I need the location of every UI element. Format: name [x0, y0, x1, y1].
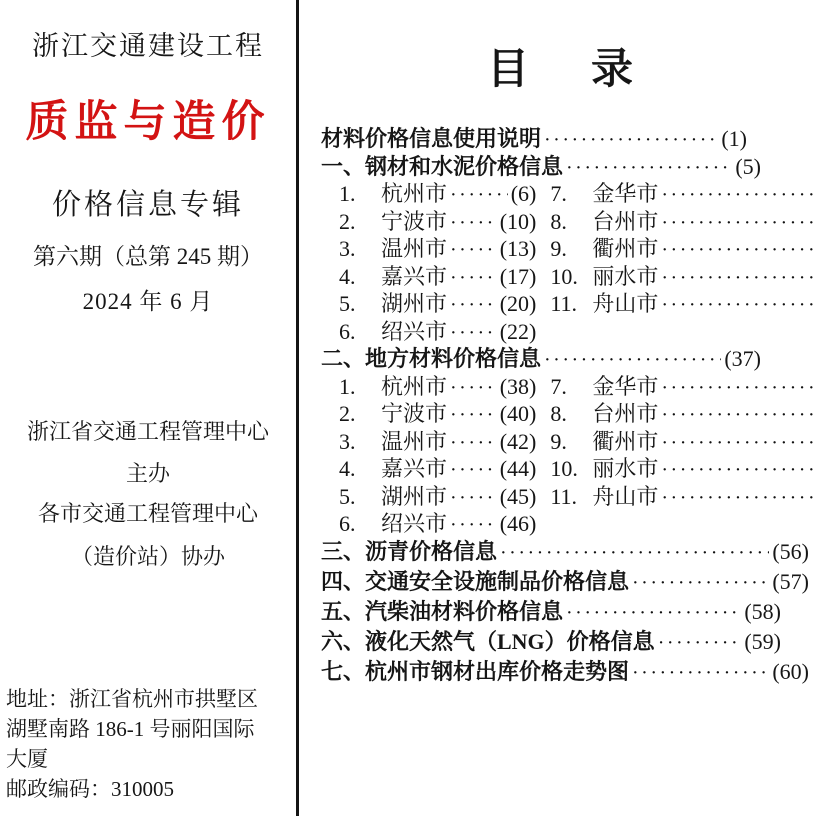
dot-leader: ········································…: [661, 294, 817, 317]
city-index: 5.: [339, 291, 381, 317]
toc-city-row: 3. 温州市 ·································…: [321, 232, 809, 260]
toc-page-number: (59): [744, 629, 781, 655]
toc-city-entry: 6. 绍兴市 ·································…: [321, 507, 550, 538]
dot-leader: ········································…: [500, 542, 769, 565]
city-index: 5.: [339, 484, 381, 510]
city-index: 9.: [550, 236, 592, 262]
toc-city-row: 3. 温州市 ·································…: [321, 425, 809, 453]
toc-page-number: (44): [500, 456, 537, 482]
host-organization: 浙江省交通工程管理中心: [0, 415, 296, 446]
toc-page-number: (57): [772, 569, 809, 595]
toc-page-number: (22): [500, 319, 537, 345]
table-of-contents-panel: 目 录 材料价格信息使用说明 ·························…: [299, 0, 817, 816]
city-index: 2.: [339, 401, 381, 427]
toc-city-row: 4. 嘉兴市 ·································…: [321, 452, 809, 480]
toc-city-entry: 11. 舟山市 ································…: [550, 480, 817, 511]
co-organization: 各市交通工程管理中心: [0, 497, 296, 528]
toc-entry-section-2: 二、地方材料价格信息 ·····························…: [321, 342, 761, 370]
toc-city-entry: 8. 台州市 ·································…: [550, 205, 817, 236]
city-index: 11.: [550, 291, 592, 317]
toc-entry-label: 五、汽柴油材料价格信息: [321, 595, 563, 626]
publication-org-title: 浙江交通建设工程: [0, 24, 296, 63]
toc-city-entry: 5. 湖州市 ·································…: [321, 480, 550, 511]
toc-page-number: (46): [500, 511, 537, 537]
toc-city-entry: 1. 杭州市 ·································…: [321, 370, 550, 401]
city-name: 湖州市: [381, 287, 447, 318]
cover-left-panel: 浙江交通建设工程 质监与造价 价格信息专辑 第六期（总第 245 期） 2024…: [0, 0, 296, 816]
toc-entry-section-4: 四、交通安全设施制品价格信息 ·························…: [321, 565, 809, 595]
toc-city-row: 2. 宁波市 ·································…: [321, 205, 809, 233]
city-index: 10.: [550, 264, 592, 290]
city-index: 7.: [550, 181, 592, 207]
toc-city-entry: 6. 绍兴市 ·································…: [321, 315, 550, 346]
toc-entry-label: 二、地方材料价格信息: [321, 342, 541, 373]
toc-city-entry: 4. 嘉兴市 ·································…: [321, 452, 550, 483]
city-index: 8.: [550, 401, 592, 427]
issue-number: 第六期（总第 245 期）: [0, 238, 296, 271]
masthead-title: 质监与造价: [0, 88, 296, 149]
toc-city-entry: 2. 宁波市 ·································…: [321, 397, 550, 428]
toc-city-entry: 7. 金华市 ·································…: [550, 370, 817, 401]
city-index: 6.: [339, 319, 381, 345]
city-index: 6.: [339, 511, 381, 537]
city-name: 丽水市: [592, 452, 658, 483]
co-role-label: （造价站）协办: [0, 540, 296, 571]
city-name: 温州市: [381, 232, 447, 263]
city-name: 金华市: [592, 370, 658, 401]
city-index: 1.: [339, 374, 381, 400]
magazine-cover-page: 浙江交通建设工程 质监与造价 价格信息专辑 第六期（总第 245 期） 2024…: [0, 0, 817, 816]
address-line: 湖墅南路 186-1 号丽阳国际: [6, 714, 290, 744]
toc-city-entry: 8. 台州市 ·································…: [550, 397, 817, 428]
dot-leader: ········································…: [632, 662, 769, 685]
dot-leader: ········································…: [658, 632, 742, 655]
city-name: 温州市: [381, 425, 447, 456]
city-index: 2.: [339, 209, 381, 235]
toc-page-number: (10): [500, 209, 537, 235]
toc-entry-usage-notes: 材料价格信息使用说明 ·····························…: [321, 122, 747, 150]
toc-city-entry: 1. 杭州市 ·································…: [321, 177, 550, 208]
toc-city-row: 1. 杭州市 ·································…: [321, 370, 809, 398]
city-index: 11.: [550, 484, 592, 510]
toc-city-row: 1. 杭州市 ·································…: [321, 177, 809, 205]
toc-city-row: 5. 湖州市 ·································…: [321, 287, 809, 315]
city-name: 金华市: [592, 177, 658, 208]
toc-city-entry: 3. 温州市 ·································…: [321, 232, 550, 263]
city-name: 绍兴市: [381, 507, 447, 538]
toc-page-number: (1): [721, 126, 747, 152]
city-name: 台州市: [592, 205, 658, 236]
toc-page-number: (6): [511, 181, 537, 207]
toc-city-row: 2. 宁波市 ·································…: [321, 397, 809, 425]
toc-city-row: 6. 绍兴市 ·································…: [321, 507, 809, 535]
toc-page-number: (37): [724, 346, 761, 372]
dot-leader: ········································…: [632, 572, 769, 595]
city-index: 4.: [339, 264, 381, 290]
city-index: 1.: [339, 181, 381, 207]
toc-page-number: (56): [772, 539, 809, 565]
city-name: 杭州市: [381, 370, 447, 401]
dot-leader: ········································…: [661, 487, 817, 510]
city-name: 宁波市: [381, 205, 447, 236]
publication-subtitle: 价格信息专辑: [0, 182, 296, 223]
toc-city-row: 5. 湖州市 ·································…: [321, 480, 809, 508]
toc-page-number: (40): [500, 401, 537, 427]
toc-city-row: 6. 绍兴市 ·································…: [321, 315, 809, 343]
city-index: 10.: [550, 456, 592, 482]
city-index: 3.: [339, 429, 381, 455]
city-index: 3.: [339, 236, 381, 262]
address-line: 地址：浙江省杭州市拱墅区: [6, 684, 290, 714]
toc-city-entry: 10. 丽水市 ································…: [550, 260, 817, 291]
toc-page-number: (38): [500, 374, 537, 400]
toc-page-number: (20): [500, 291, 537, 317]
toc-entry-section-7: 七、杭州市钢材出库价格走势图 ·························…: [321, 655, 809, 685]
city-index: 7.: [550, 374, 592, 400]
toc-page-number: (17): [500, 264, 537, 290]
toc-entry-label: 四、交通安全设施制品价格信息: [321, 565, 629, 596]
toc-page-number: (5): [735, 154, 761, 180]
toc-city-entry: 2. 宁波市 ·································…: [321, 205, 550, 236]
toc-city-entry: 3. 温州市 ·································…: [321, 425, 550, 456]
city-name: 宁波市: [381, 397, 447, 428]
toc-entry-label: 材料价格信息使用说明: [321, 122, 541, 153]
city-name: 湖州市: [381, 480, 447, 511]
toc-city-entry: 4. 嘉兴市 ·································…: [321, 260, 550, 291]
toc-page-number: (45): [500, 484, 537, 510]
toc-page-number: (60): [772, 659, 809, 685]
toc-city-entry: 9. 衢州市 ·································…: [550, 425, 817, 456]
city-name: 衢州市: [592, 425, 658, 456]
city-name: 嘉兴市: [381, 260, 447, 291]
toc-city-entry: 11. 舟山市 ································…: [550, 287, 817, 318]
city-name: 嘉兴市: [381, 452, 447, 483]
toc-entry-section-6: 六、液化天然气（LNG）价格信息 ·······················…: [321, 625, 781, 655]
dot-leader: ········································…: [544, 129, 718, 152]
toc-page-number: (13): [500, 236, 537, 262]
city-index: 4.: [339, 456, 381, 482]
city-name: 丽水市: [592, 260, 658, 291]
toc-heading: 目 录: [321, 36, 809, 96]
toc-city-entry: 7. 金华市 ·································…: [550, 177, 817, 208]
toc-entry-section-3: 三、沥青价格信息 ·······························…: [321, 535, 809, 565]
toc-city-entry: 9. 衢州市 ·································…: [550, 232, 817, 263]
toc-page-number: (58): [744, 599, 781, 625]
host-role-label: 主办: [0, 457, 296, 488]
toc-city-row: 4. 嘉兴市 ·································…: [321, 260, 809, 288]
toc-entry-label: 一、钢材和水泥价格信息: [321, 150, 563, 181]
city-name: 杭州市: [381, 177, 447, 208]
dot-leader: ········································…: [566, 602, 741, 625]
toc-city-entry: 10. 丽水市 ································…: [550, 452, 817, 483]
city-index: 8.: [550, 209, 592, 235]
city-name: 衢州市: [592, 232, 658, 263]
city-name: 绍兴市: [381, 315, 447, 346]
city-index: 9.: [550, 429, 592, 455]
toc-city-entry: 5. 湖州市 ·································…: [321, 287, 550, 318]
toc-entry-section-1: 一、钢材和水泥价格信息 ····························…: [321, 150, 761, 178]
toc-page-number: (42): [500, 429, 537, 455]
toc-entry-label: 七、杭州市钢材出库价格走势图: [321, 655, 629, 686]
toc-entry-label: 六、液化天然气（LNG）价格信息: [321, 625, 655, 656]
city-name: 舟山市: [592, 287, 658, 318]
toc-list: 材料价格信息使用说明 ·····························…: [321, 122, 809, 685]
address-line: 大厦: [6, 744, 290, 774]
city-name: 台州市: [592, 397, 658, 428]
postal-code: 邮政编码：310005: [6, 774, 290, 804]
toc-entry-section-5: 五、汽柴油材料价格信息 ····························…: [321, 595, 781, 625]
city-name: 舟山市: [592, 480, 658, 511]
toc-entry-label: 三、沥青价格信息: [321, 535, 497, 566]
address-block: 地址：浙江省杭州市拱墅区 湖墅南路 186-1 号丽阳国际 大厦 邮政编码：31…: [6, 684, 290, 804]
issue-date: 2024 年 6 月: [0, 283, 296, 316]
